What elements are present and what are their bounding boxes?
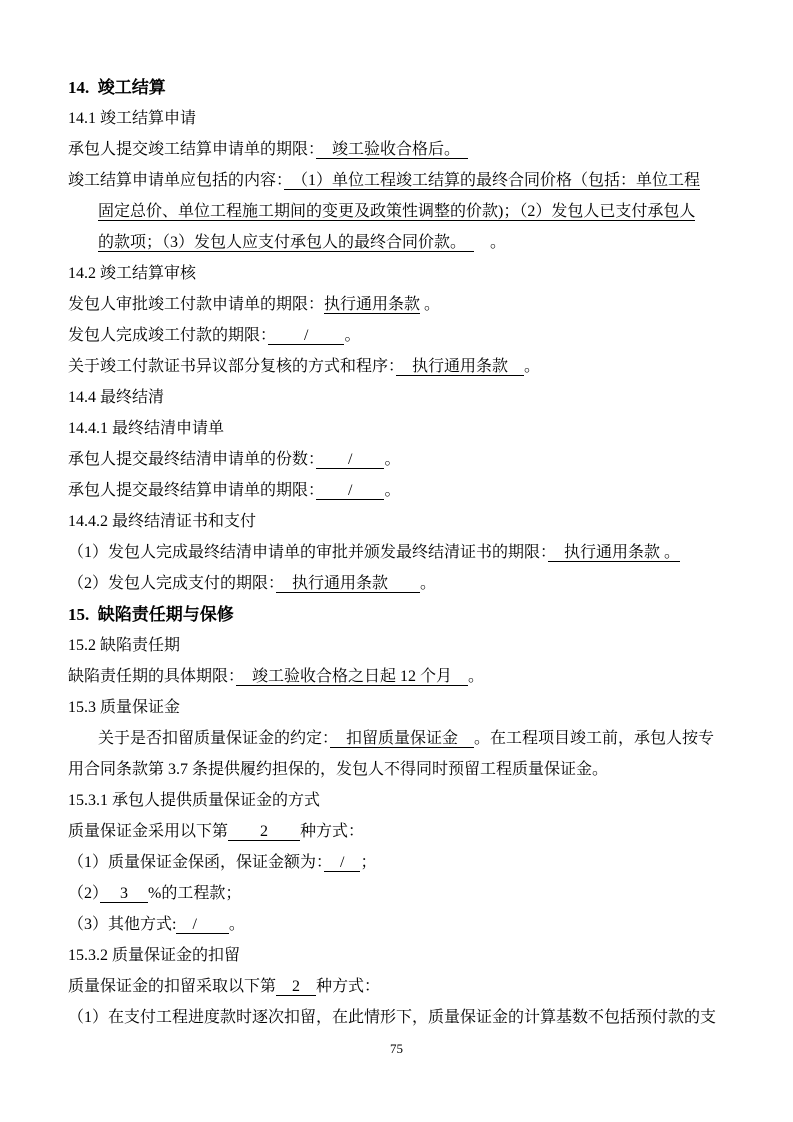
filled-blank: / xyxy=(316,451,384,469)
line-text: 缺陷责任期的具体期限： xyxy=(68,668,236,685)
line-text: 15.3 质量保证金 xyxy=(68,699,180,716)
line-text: （1）在支付工程进度款时逐次扣留，在此情形下，质量保证金的计算基数不包括预付款的… xyxy=(68,1009,716,1026)
filled-blank: / xyxy=(316,482,384,500)
subclause-14-1: 14.1 竣工结算申请 xyxy=(68,103,725,134)
filled-blank: （1）单位工程竣工结算的最终合同价格（包括：单位工程 xyxy=(284,172,700,190)
filled-blank: 3 xyxy=(100,885,148,903)
page-number: 75 xyxy=(68,1033,725,1064)
line-text: 发包人审批竣工付款申请单的期限： xyxy=(68,296,324,313)
line-text: 用合同条款第 3.7 条提供履约担保的，发包人不得同时预留工程质量保证金。 xyxy=(68,761,608,778)
field-final-certificate-deadline: （1）发包人完成最终结清申请单的审批并颁发最终结清证书的期限： 执行通用条款 。 xyxy=(68,537,725,568)
field-settlement-application-contents-cont-1: 固定总价、单位工程施工期间的变更及政策性调整的价款)；（2）发包人已支付承包人 xyxy=(98,196,725,227)
filled-blank: 执行通用条款 xyxy=(396,358,524,376)
line-text: （3）其他方式: xyxy=(68,916,176,933)
line-text: 15.3.1 承包人提供质量保证金的方式 xyxy=(68,792,320,809)
field-final-payment-deadline: （2）发包人完成支付的期限： 执行通用条款 。 xyxy=(68,568,725,599)
filled-blank: 固定总价、单位工程施工期间的变更及政策性调整的价款)；（2）发包人已支付承包人 xyxy=(98,203,695,221)
filled-blank: 竣工验收合格之日起 12 个月 xyxy=(236,668,468,686)
subclause-15-3-1: 15.3.1 承包人提供质量保证金的方式 xyxy=(68,785,725,816)
line-text: 14.4 最终结清 xyxy=(68,389,164,406)
filled-blank: 执行通用条款 。 xyxy=(548,544,680,562)
field-deposit-option-2: （2） 3 %的工程款； xyxy=(68,878,725,909)
line-text: （1）发包人完成最终结清申请单的审批并颁发最终结清证书的期限： xyxy=(68,544,548,561)
line-text: 竣工结算申请单应包括的内容： xyxy=(68,172,284,189)
subclause-15-3: 15.3 质量保证金 xyxy=(68,692,725,723)
field-quality-deposit-agreement-cont: 用合同条款第 3.7 条提供履约担保的，发包人不得同时预留工程质量保证金。 xyxy=(68,754,725,785)
filled-blank: / xyxy=(176,916,228,934)
field-payment-completion-deadline: 发包人完成竣工付款的期限： / 。 xyxy=(68,320,725,351)
line-tail: 。 xyxy=(524,358,540,375)
line-tail: 。在工程项目竣工前，承包人按专 xyxy=(474,730,714,747)
document-page: 14. 竣工结算 14.1 竣工结算申请 承包人提交竣工结算申请单的期限： 竣工… xyxy=(0,0,793,1122)
line-text: 14.1 竣工结算申请 xyxy=(68,110,196,127)
subclause-14-4-2: 14.4.2 最终结清证书和支付 xyxy=(68,506,725,537)
line-text: 发包人完成竣工付款的期限： xyxy=(68,327,268,344)
subclause-15-2: 15.2 缺陷责任期 xyxy=(68,630,725,661)
line-text: 质量保证金采用以下第 xyxy=(68,823,228,840)
line-tail: 。 xyxy=(420,296,440,313)
line-text: （2）发包人完成支付的期限： xyxy=(68,575,276,592)
field-final-statement-deadline: 承包人提交最终结算申请单的期限： / 。 xyxy=(68,475,725,506)
heading-clause-15: 15. 缺陷责任期与保修 xyxy=(68,599,725,630)
line-tail: 。 xyxy=(384,482,400,499)
subclause-14-4: 14.4 最终结清 xyxy=(68,382,725,413)
line-text: （2） xyxy=(68,885,100,902)
field-approval-deadline: 发包人审批竣工付款申请单的期限：执行通用条款 。 xyxy=(68,289,725,320)
field-retention-option-1: （1）在支付工程进度款时逐次扣留，在此情形下，质量保证金的计算基数不包括预付款的… xyxy=(68,1002,725,1033)
line-tail: 。 xyxy=(384,451,400,468)
field-settlement-application-contents-cont-2: 的款项；（3）发包人应支付承包人的最终合同价款。 。 xyxy=(98,227,725,258)
line-tail: 种方式： xyxy=(316,978,380,995)
line-text: 15. 缺陷责任期与保修 xyxy=(68,605,234,624)
field-settlement-application-contents: 竣工结算申请单应包括的内容： （1）单位工程竣工结算的最终合同价格（包括：单位工… xyxy=(68,165,725,196)
filled-blank: 2 xyxy=(228,823,300,841)
field-final-statement-copies: 承包人提交最终结清申请单的份数： / 。 xyxy=(68,444,725,475)
line-tail: %的工程款； xyxy=(148,885,241,902)
field-defect-liability-period: 缺陷责任期的具体期限： 竣工验收合格之日起 12 个月 。 xyxy=(68,661,725,692)
line-tail: 。 xyxy=(420,575,436,592)
line-tail: 。 xyxy=(474,234,506,251)
line-text: 15.3.2 质量保证金的扣留 xyxy=(68,947,240,964)
subclause-14-4-1: 14.4.1 最终结清申请单 xyxy=(68,413,725,444)
line-text: 14.4.2 最终结清证书和支付 xyxy=(68,513,256,530)
heading-clause-14: 14. 竣工结算 xyxy=(68,72,725,103)
filled-blank: / xyxy=(268,327,344,345)
line-text: （1）质量保证金保函，保证金额为： xyxy=(68,854,324,871)
line-text: 14.2 竣工结算审核 xyxy=(68,265,196,282)
line-tail: 种方式： xyxy=(300,823,364,840)
subclause-14-2: 14.2 竣工结算审核 xyxy=(68,258,725,289)
filled-blank: / xyxy=(324,854,360,872)
field-deposit-option-3: （3）其他方式: / 。 xyxy=(68,909,725,940)
field-settlement-application-deadline: 承包人提交竣工结算申请单的期限： 竣工验收合格后。 xyxy=(68,134,725,165)
field-deposit-option-1: （1）质量保证金保函，保证金额为： / ； xyxy=(68,847,725,878)
field-deposit-method-choice: 质量保证金采用以下第 2 种方式： xyxy=(68,816,725,847)
line-text: 承包人提交最终结清申请单的份数： xyxy=(68,451,316,468)
filled-blank: 竣工验收合格后。 xyxy=(316,141,468,159)
line-text: 承包人提交最终结算申请单的期限： xyxy=(68,482,316,499)
filled-blank: 执行通用条款 xyxy=(324,296,420,314)
line-text: 承包人提交竣工结算申请单的期限： xyxy=(68,141,316,158)
line-text: 质量保证金的扣留采取以下第 xyxy=(68,978,276,995)
line-tail: ； xyxy=(360,854,376,871)
line-text: 14. 竣工结算 xyxy=(68,78,166,97)
line-tail: 。 xyxy=(229,916,245,933)
line-text: 14.4.1 最终结清申请单 xyxy=(68,420,224,437)
field-quality-deposit-agreement: 关于是否扣留质量保证金的约定： 扣留质量保证金 。在工程项目竣工前，承包人按专 xyxy=(68,723,725,754)
line-text: 15.2 缺陷责任期 xyxy=(68,637,180,654)
filled-blank: 扣留质量保证金 xyxy=(330,730,474,748)
line-tail: 。 xyxy=(344,327,360,344)
filled-blank: 2 xyxy=(276,978,316,996)
line-text: 关于是否扣留质量保证金的约定： xyxy=(98,730,330,747)
filled-blank: 的款项；（3）发包人应支付承包人的最终合同价款。 xyxy=(98,234,474,252)
line-tail: 。 xyxy=(468,668,484,685)
subclause-15-3-2: 15.3.2 质量保证金的扣留 xyxy=(68,940,725,971)
field-retention-method-choice: 质量保证金的扣留采取以下第 2 种方式： xyxy=(68,971,725,1002)
line-text: 关于竣工付款证书异议部分复核的方式和程序： xyxy=(68,358,396,375)
filled-blank: 执行通用条款 xyxy=(276,575,420,593)
field-review-procedure: 关于竣工付款证书异议部分复核的方式和程序： 执行通用条款 。 xyxy=(68,351,725,382)
